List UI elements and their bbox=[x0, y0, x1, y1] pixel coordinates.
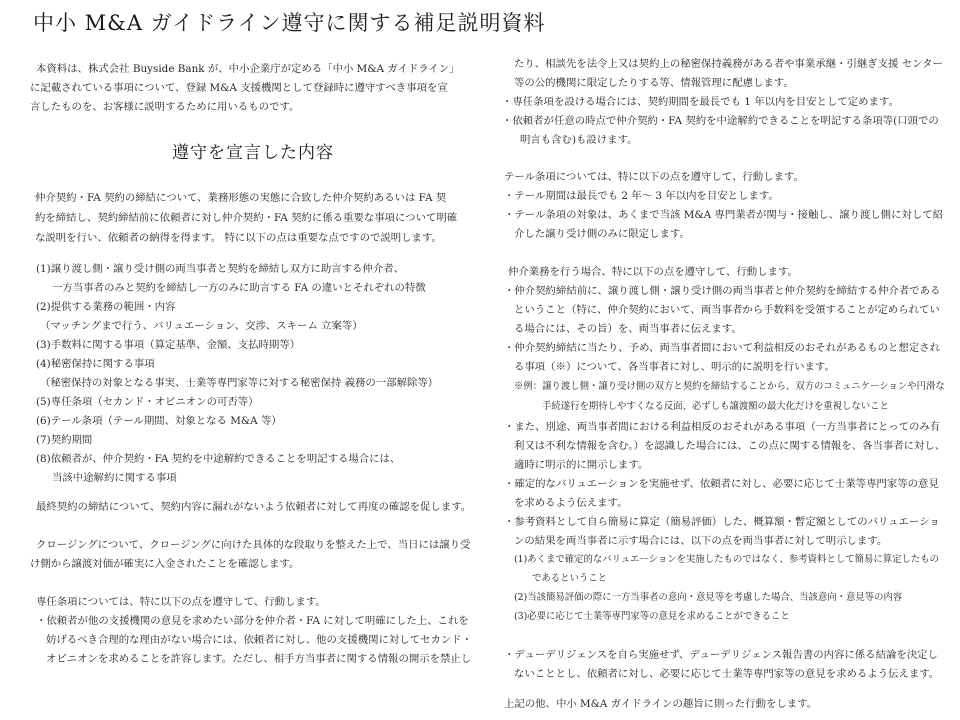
text-line: 明言も含む)も設けます。 bbox=[520, 133, 638, 147]
text-line: ・仲介契約締結に当たり、予め、両当事者間において利益相反のおそれがあるものと想定… bbox=[504, 341, 940, 355]
text-line: ・テール条項の対象は、あくまで当該 M&A 専門業者が関与・接触し、譲り渡し側に… bbox=[504, 208, 943, 222]
text-line: であるということ bbox=[532, 572, 607, 586]
text-line: 当該中途解約に関する事項 bbox=[52, 471, 177, 485]
text-line: 妨げるべき合理的な理由がない場合には、依頼者に対し、他の支援機関に対してセカンド… bbox=[46, 633, 472, 647]
text-line: な説明を行い、依頼者の納得を得ます。 特に以下の点は重要な点ですので説明します。 bbox=[35, 231, 442, 245]
text-line: (5)専任条項（セカンド・オピニオンの可否等） bbox=[36, 395, 259, 409]
text-line: ・依頼者が任意の時点で仲介契約・FA 契約を中途解約できることを明記する条項等(… bbox=[502, 114, 939, 128]
text-line: クロージングについて、クロージングに向けた具体的な段取りを整えた上で、当日には譲… bbox=[36, 538, 470, 552]
text-line: ないこととし、依頼者に対し、必要に応じて士業等専門家等の意見を求めるよう伝えます… bbox=[514, 667, 939, 681]
text-line: 介した譲り受け側のみに限定します。 bbox=[514, 227, 690, 241]
text-line: 手続遂行を期待しやすくなる反面、必ずしも譲渡額の最大化だけを重視しないこと bbox=[542, 400, 889, 414]
text-line: ・依頼者が他の支援機関の意見を求めたい部分を仲介者・FA に対して明確にした上、… bbox=[36, 614, 469, 628]
text-line: る場合には、その旨）を、両当事者に伝えます。 bbox=[514, 322, 742, 336]
text-line: 仲介業務を行う場合、特に以下の点を遵守して、行動します。 bbox=[508, 265, 798, 279]
text-line: 適時に明示的に開示します。 bbox=[514, 458, 648, 472]
text-line: (2)提供する業務の範囲・内容 bbox=[36, 300, 175, 314]
left-column: 仲介契約・FA 契約の締結について、業務形態の実態に合致した仲介契約あるいは F… bbox=[0, 0, 480, 720]
document-page: 中小 M&A ガイドライン遵守に関する補足説明資料 本資料は、株式会社 Buys… bbox=[0, 0, 960, 720]
text-line: 約を締結し、契約締結前に依頼者に対し仲介契約・FA 契約に係る重要な事項について… bbox=[35, 211, 457, 225]
text-line: (3)手数料に関する事項（算定基準、金額、支払時期等） bbox=[36, 338, 300, 352]
text-line: オピニオンを求めることを許容します。ただし、相手方当事者に関する情報の開示を禁止… bbox=[46, 652, 471, 666]
text-line: ・テール期間は最長でも 2 年～ 3 年以内を目安とします。 bbox=[504, 189, 779, 203]
text-line: 上記の他、中小 M&A ガイドラインの趣旨に則った行動をします。 bbox=[504, 697, 817, 711]
text-line: たり、相談先を法令上又は契約上の秘密保持義務がある者や事業承継・引継ぎ支援 セン… bbox=[514, 57, 943, 71]
text-line: 利又は不利な情報を含む。）を認識した場合には、この点に関する情報を、各当事者に対… bbox=[514, 439, 945, 453]
text-line: ということ（特に、仲介契約において、両当事者から手数料を受領することが定められて… bbox=[514, 303, 940, 317]
text-line: ※例：譲り渡し側・譲り受け側の双方と契約を締結することから、双方のコミュニケーシ… bbox=[514, 380, 945, 394]
text-line: (3)必要に応じて士業等専門家等の意見を求めることができること bbox=[514, 610, 790, 624]
text-line: ・専任条項を設ける場合には、契約期間を最長でも 1 年以内を目安として定めます。 bbox=[502, 95, 899, 109]
text-line: ・デューデリジェンスを自ら実施せず、デューデリジェンス報告書の内容に係る結論を決… bbox=[504, 648, 938, 662]
text-line: ・仲介契約締結前に、譲り渡し側・譲り受け側の両当事者と仲介契約を締結する仲介者で… bbox=[504, 284, 940, 298]
text-line: (6)テール条項（テール期間、対象となる M&A 等） bbox=[36, 414, 282, 428]
text-line: 等の公的機関に限定したりする等、情報管理に配慮します。 bbox=[514, 76, 794, 90]
text-line: (8)依頼者が、仲介契約・FA 契約を中途解約できることを明記する場合には、 bbox=[36, 452, 400, 466]
text-line: テール条項については、特に以下の点を遵守して、行動します。 bbox=[504, 170, 804, 184]
text-line: （マッチングまで行う、バリュエーション、交渉、スキーム 立案等） bbox=[40, 319, 363, 333]
text-line: 一方当事者のみと契約を締結し一方のみに助言する FA の違いとそれぞれの特徴 bbox=[52, 281, 426, 295]
text-line: ・また、別途、両当事者間における利益相反のおそれがある事項（一方当事者にとっての… bbox=[504, 420, 940, 434]
text-line: る事項（※）について、各当事者に対し、明示的に説明を行います。 bbox=[514, 360, 835, 374]
text-line: (1)あくまで確定的なバリュエーションを実施したものではなく、参考資料として簡易… bbox=[514, 553, 939, 567]
right-column: たり、相談先を法令上又は契約上の秘密保持義務がある者や事業承継・引継ぎ支援 セン… bbox=[480, 0, 960, 720]
text-line: (1)譲り渡し側・譲り受け側の両当事者と契約を締結し双方に助言する仲介者、 bbox=[36, 262, 404, 276]
text-line: (4)秘密保持に関する事項 bbox=[36, 357, 155, 371]
text-line: ・参考資料として自ら簡易に算定（簡易評価）した、概算額・暫定額としてのバリュエー… bbox=[504, 515, 940, 529]
text-line: ンの結果を両当事者に示す場合には、以下の点を両当事者に対して明示します。 bbox=[514, 534, 887, 548]
text-line: 仲介契約・FA 契約の締結について、業務形態の実態に合致した仲介契約あるいは F… bbox=[35, 191, 446, 205]
text-line: ・確定的なバリュエーションを実施せず、依頼者に対し、必要に応じて士業等専門家等の… bbox=[504, 477, 939, 491]
text-line: 専任条項については、特に以下の点を遵守して、行動します。 bbox=[36, 595, 326, 609]
text-line: を求めるよう伝えます。 bbox=[514, 496, 627, 510]
text-line: （秘密保持の対象となる事実、士業等専門家等に対する秘密保持 義務の一部解除等） bbox=[40, 376, 438, 390]
text-line: け側から譲渡対価が確実に入金されたことを確認します。 bbox=[30, 557, 299, 571]
text-line: 最終契約の締結について、契約内容に漏れがないよう依頼者に対して再度の確認を促しま… bbox=[36, 500, 471, 514]
text-line: (2)当該簡易評価の際に一方当事者の意向・意見等を考慮した場合、当該意向・意見等… bbox=[514, 591, 902, 605]
text-line: (7)契約期間 bbox=[36, 433, 92, 447]
